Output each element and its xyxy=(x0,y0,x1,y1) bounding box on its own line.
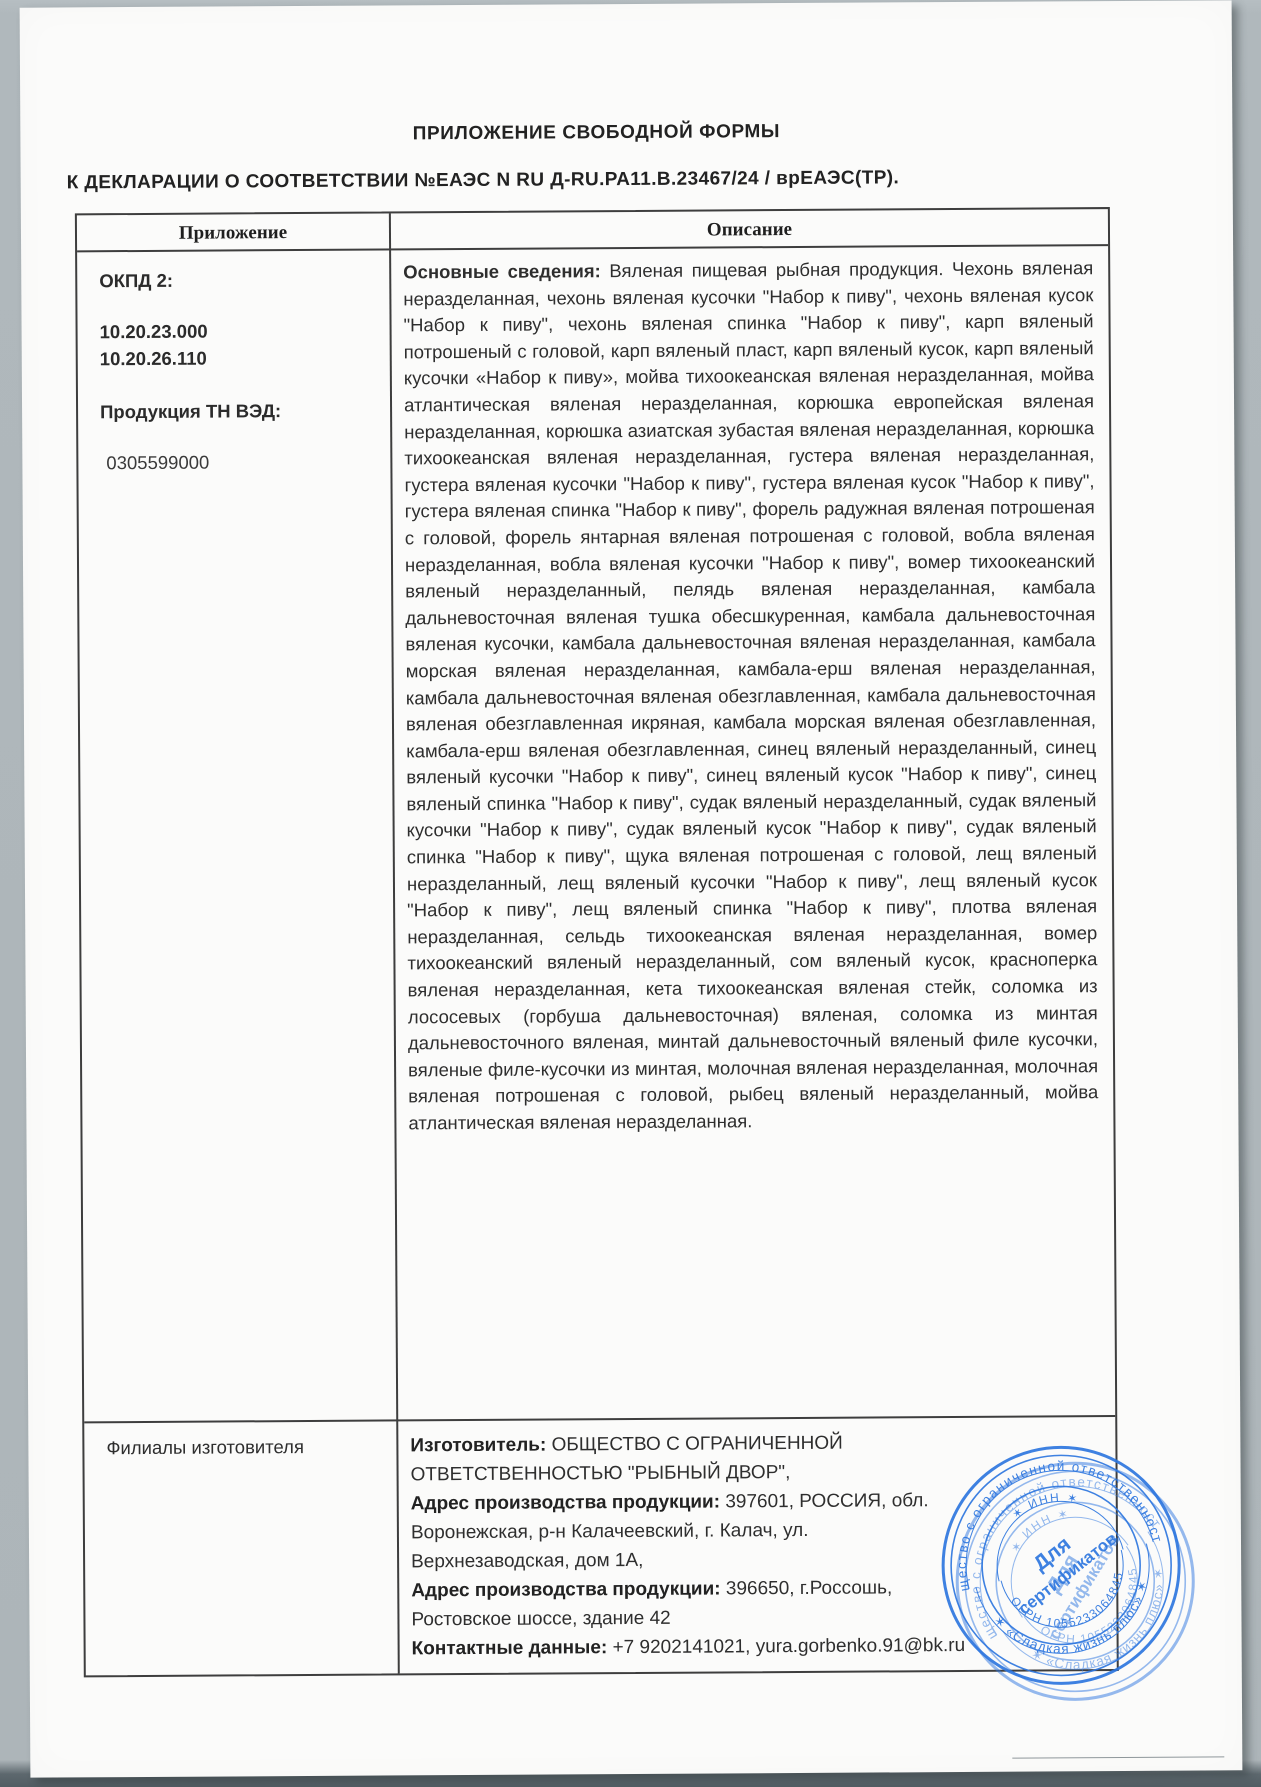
row-divider xyxy=(84,1415,1115,1423)
manufacturer-line: Верхнезаводская, дом 1А, xyxy=(411,1544,1011,1577)
column-divider xyxy=(389,213,400,1673)
branches-cell: Филиалы изготовителя xyxy=(106,1436,374,1460)
manufacturer-line: Контактные данные: +7 9202141021, yura.g… xyxy=(412,1631,1012,1664)
declaration-subtitle: К ДЕКЛАРАЦИИ О СООТВЕТСТВИИ №ЕАЭС N RU Д… xyxy=(67,166,1097,194)
okpd-cell: ОКПД 2: 10.20.23.000 10.20.26.110 Продук… xyxy=(99,266,368,477)
page-title: ПРИЛОЖЕНИЕ СВОБОДНОЙ ФОРМЫ xyxy=(20,119,1172,148)
description-lead-label: Основные сведения: xyxy=(403,260,601,282)
tnved-label: Продукция ТН ВЭД: xyxy=(100,397,368,426)
header-cell-appendix: Приложение xyxy=(77,213,389,252)
manufacturer-line: Ростовское шоссе, здание 42 xyxy=(411,1602,1011,1635)
appendix-table: Приложение Описание ОКПД 2: 10.20.23.000… xyxy=(75,207,1119,1677)
okpd-label: ОКПД 2: xyxy=(99,266,367,295)
tnved-code: 0305599000 xyxy=(100,448,368,477)
okpd-code: 10.20.23.000 xyxy=(100,317,368,346)
description-cell: Основные сведения: Вяленая пищевая рыбна… xyxy=(403,255,1098,1137)
manufacturer-cell: Изготовитель: ОБЩЕСТВО С ОГРАНИЧЕННОЙОТВ… xyxy=(410,1428,1011,1664)
manufacturer-line: Адрес производства продукции: 396650, г.… xyxy=(411,1573,1011,1606)
okpd-code: 10.20.26.110 xyxy=(100,344,368,373)
header-cell-description: Описание xyxy=(391,209,1108,250)
manufacturer-line: ОТВЕТСТВЕННОСТЬЮ "РЫБНЫЙ ДВОР", xyxy=(410,1457,1010,1490)
manufacturer-line: Воронежская, р-н Калачеевский, г. Калач,… xyxy=(411,1515,1011,1548)
manufacturer-line: Адрес производства продукции: 397601, РО… xyxy=(411,1486,1011,1519)
okpd-codes: 10.20.23.000 10.20.26.110 xyxy=(100,317,368,373)
description-text: Вяленая пищевая рыбная продукция. Чехонь… xyxy=(403,257,1098,1133)
scan-edge-artifact xyxy=(1012,1756,1224,1758)
manufacturer-line: Изготовитель: ОБЩЕСТВО С ОГРАНИЧЕННОЙ xyxy=(410,1428,1010,1461)
table-header-row: Приложение Описание xyxy=(77,209,1108,252)
scanned-page: ПРИЛОЖЕНИЕ СВОБОДНОЙ ФОРМЫ К ДЕКЛАРАЦИИ … xyxy=(20,0,1243,1777)
